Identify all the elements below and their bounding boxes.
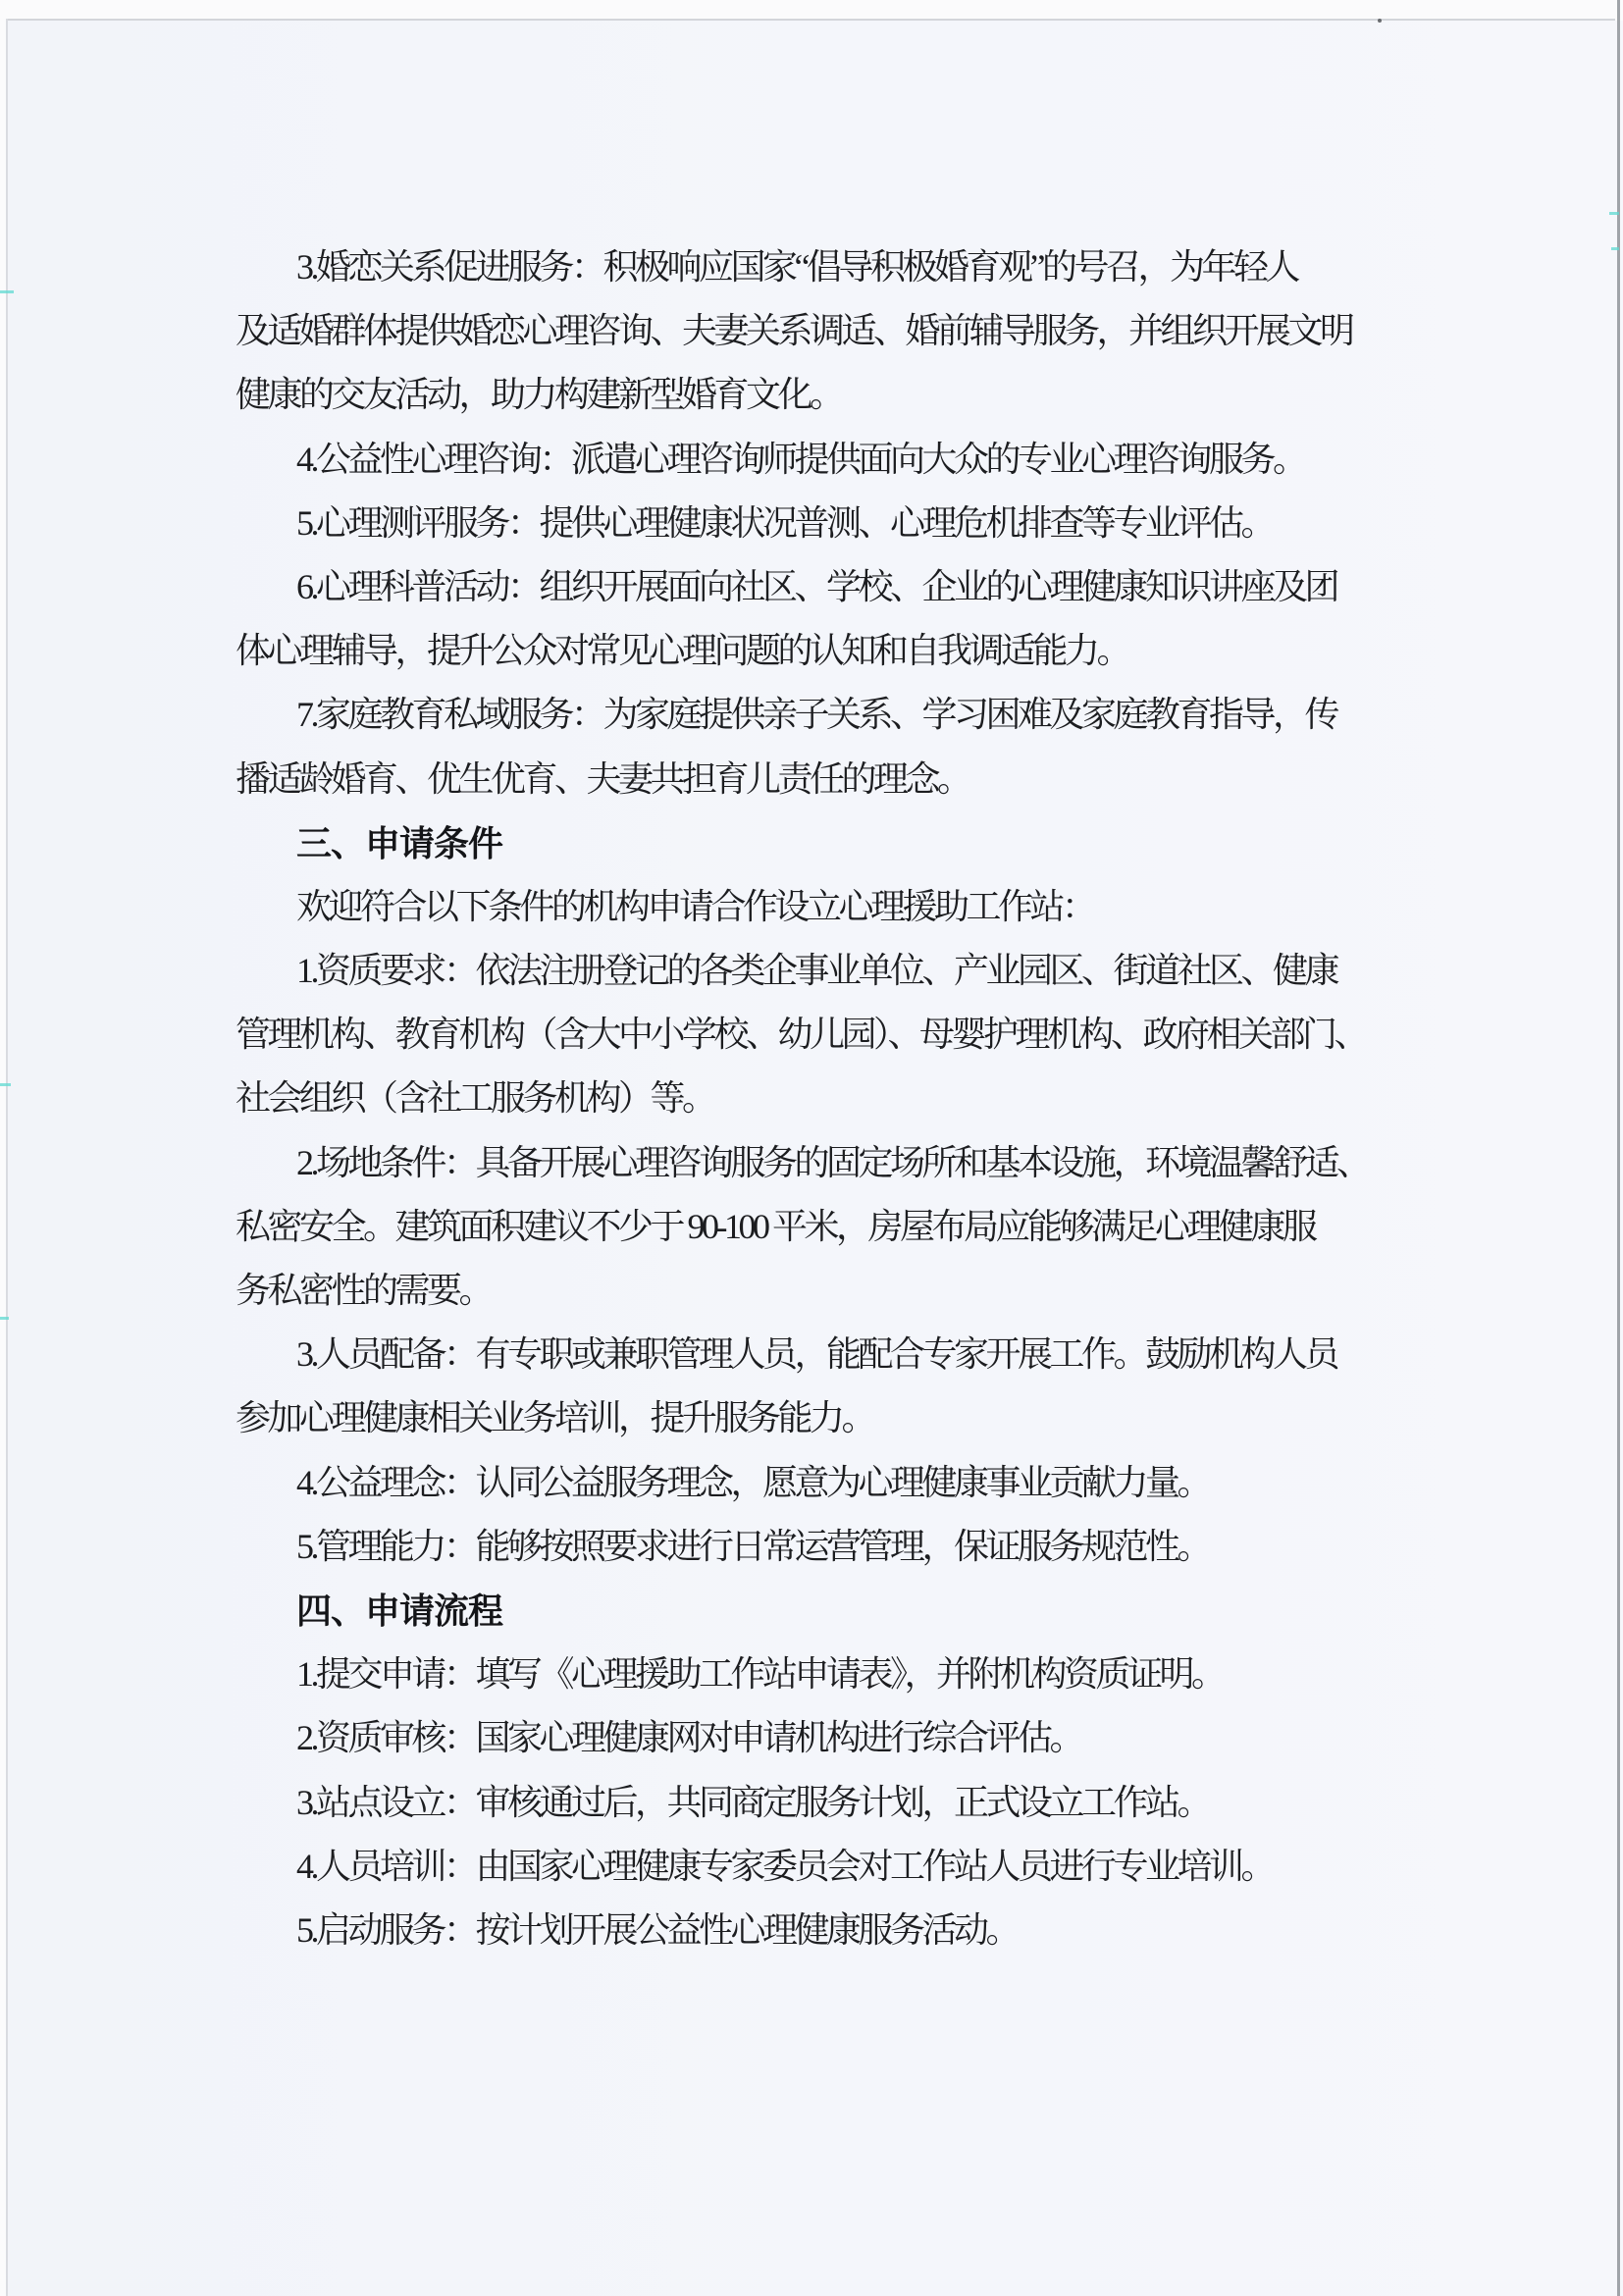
scan-artifact-teal-mark [1609, 212, 1619, 215]
document-text-line: 7.家庭教育私域服务：为家庭提供亲子关系、学习困难及家庭教育指导，传 [236, 683, 1403, 747]
document-text-line: 4.公益性心理咨询：派遣心理咨询师提供面向大众的专业心理咨询服务。 [236, 428, 1403, 492]
document-text-line: 2.资质审核：国家心理健康网对申请机构进行综合评估。 [236, 1706, 1403, 1770]
scan-edge-top-line [8, 19, 1615, 21]
document-text-line: 社会组织（含社工服务机构）等。 [236, 1067, 1403, 1130]
document-text-line: 欢迎符合以下条件的机构申请合作设立心理援助工作站： [236, 875, 1403, 939]
scan-artifact-teal-mark [0, 1317, 9, 1320]
document-text-line: 5.启动服务：按计划开展公益性心理健康服务活动。 [236, 1899, 1403, 1962]
scan-edge-right-line [1617, 0, 1620, 2296]
scan-edge-left-line [6, 19, 8, 2296]
document-text-line: 健康的交友活动，助力构建新型婚育文化。 [236, 363, 1403, 427]
document-text-line: 6.心理科普活动：组织开展面向社区、学校、企业的心理健康知识讲座及团 [236, 555, 1403, 619]
document-text-line: 播适龄婚育、优生优育、夫妻共担育儿责任的理念。 [236, 748, 1403, 811]
document-text-block: 3.婚恋关系促进服务：积极响应国家“倡导积极婚育观”的号召，为年轻人及适婚群体提… [236, 235, 1403, 1962]
document-text-line: 5.心理测评服务：提供心理健康状况普测、心理危机排查等专业评估。 [236, 492, 1403, 555]
document-text-line: 4.人员培训：由国家心理健康专家委员会对工作站人员进行专业培训。 [236, 1835, 1403, 1899]
document-text-line: 2.场地条件：具备开展心理咨询服务的固定场所和基本设施，环境温馨舒适、 [236, 1131, 1403, 1195]
document-text-line: 体心理辅导，提升公众对常见心理问题的认知和自我调适能力。 [236, 619, 1403, 683]
document-text-line: 5.管理能力：能够按照要求进行日常运营管理，保证服务规范性。 [236, 1515, 1403, 1579]
document-text-line: 4.公益理念：认同公益服务理念，愿意为心理健康事业贡献力量。 [236, 1451, 1403, 1515]
document-text-line: 1.资质要求：依法注册登记的各类企事业单位、产业园区、街道社区、健康 [236, 939, 1403, 1003]
section-heading: 四、申请流程 [236, 1579, 1403, 1643]
document-text-line: 参加心理健康相关业务培训，提升服务能力。 [236, 1386, 1403, 1450]
scan-artifact-speck [1378, 19, 1382, 23]
document-text-line: 3.站点设立：审核通过后，共同商定服务计划，正式设立工作站。 [236, 1771, 1403, 1835]
document-text-line: 及适婚群体提供婚恋心理咨询、夫妻关系调适、婚前辅导服务，并组织开展文明 [236, 299, 1403, 363]
document-text-line: 1.提交申请：填写《心理援助工作站申请表》，并附机构资质证明。 [236, 1643, 1403, 1706]
scan-artifact-teal-mark [1611, 247, 1619, 250]
document-text-line: 3.人员配备：有专职或兼职管理人员，能配合专家开展工作。鼓励机构人员 [236, 1323, 1403, 1386]
document-text-line: 务私密性的需要。 [236, 1259, 1403, 1323]
document-text-line: 3.婚恋关系促进服务：积极响应国家“倡导积极婚育观”的号召，为年轻人 [236, 235, 1403, 299]
scanned-document-canvas: 3.婚恋关系促进服务：积极响应国家“倡导积极婚育观”的号召，为年轻人及适婚群体提… [0, 0, 1623, 2296]
document-text-line: 私密安全。建筑面积建议不少于 90-100 平米，房屋布局应能够满足心理健康服 [236, 1195, 1403, 1259]
document-text-line: 管理机构、教育机构（含大中小学校、幼儿园）、母婴护理机构、政府相关部门、 [236, 1003, 1403, 1067]
scan-artifact-teal-mark [0, 290, 14, 293]
section-heading: 三、申请条件 [236, 811, 1403, 875]
scan-artifact-teal-mark [0, 1083, 11, 1086]
